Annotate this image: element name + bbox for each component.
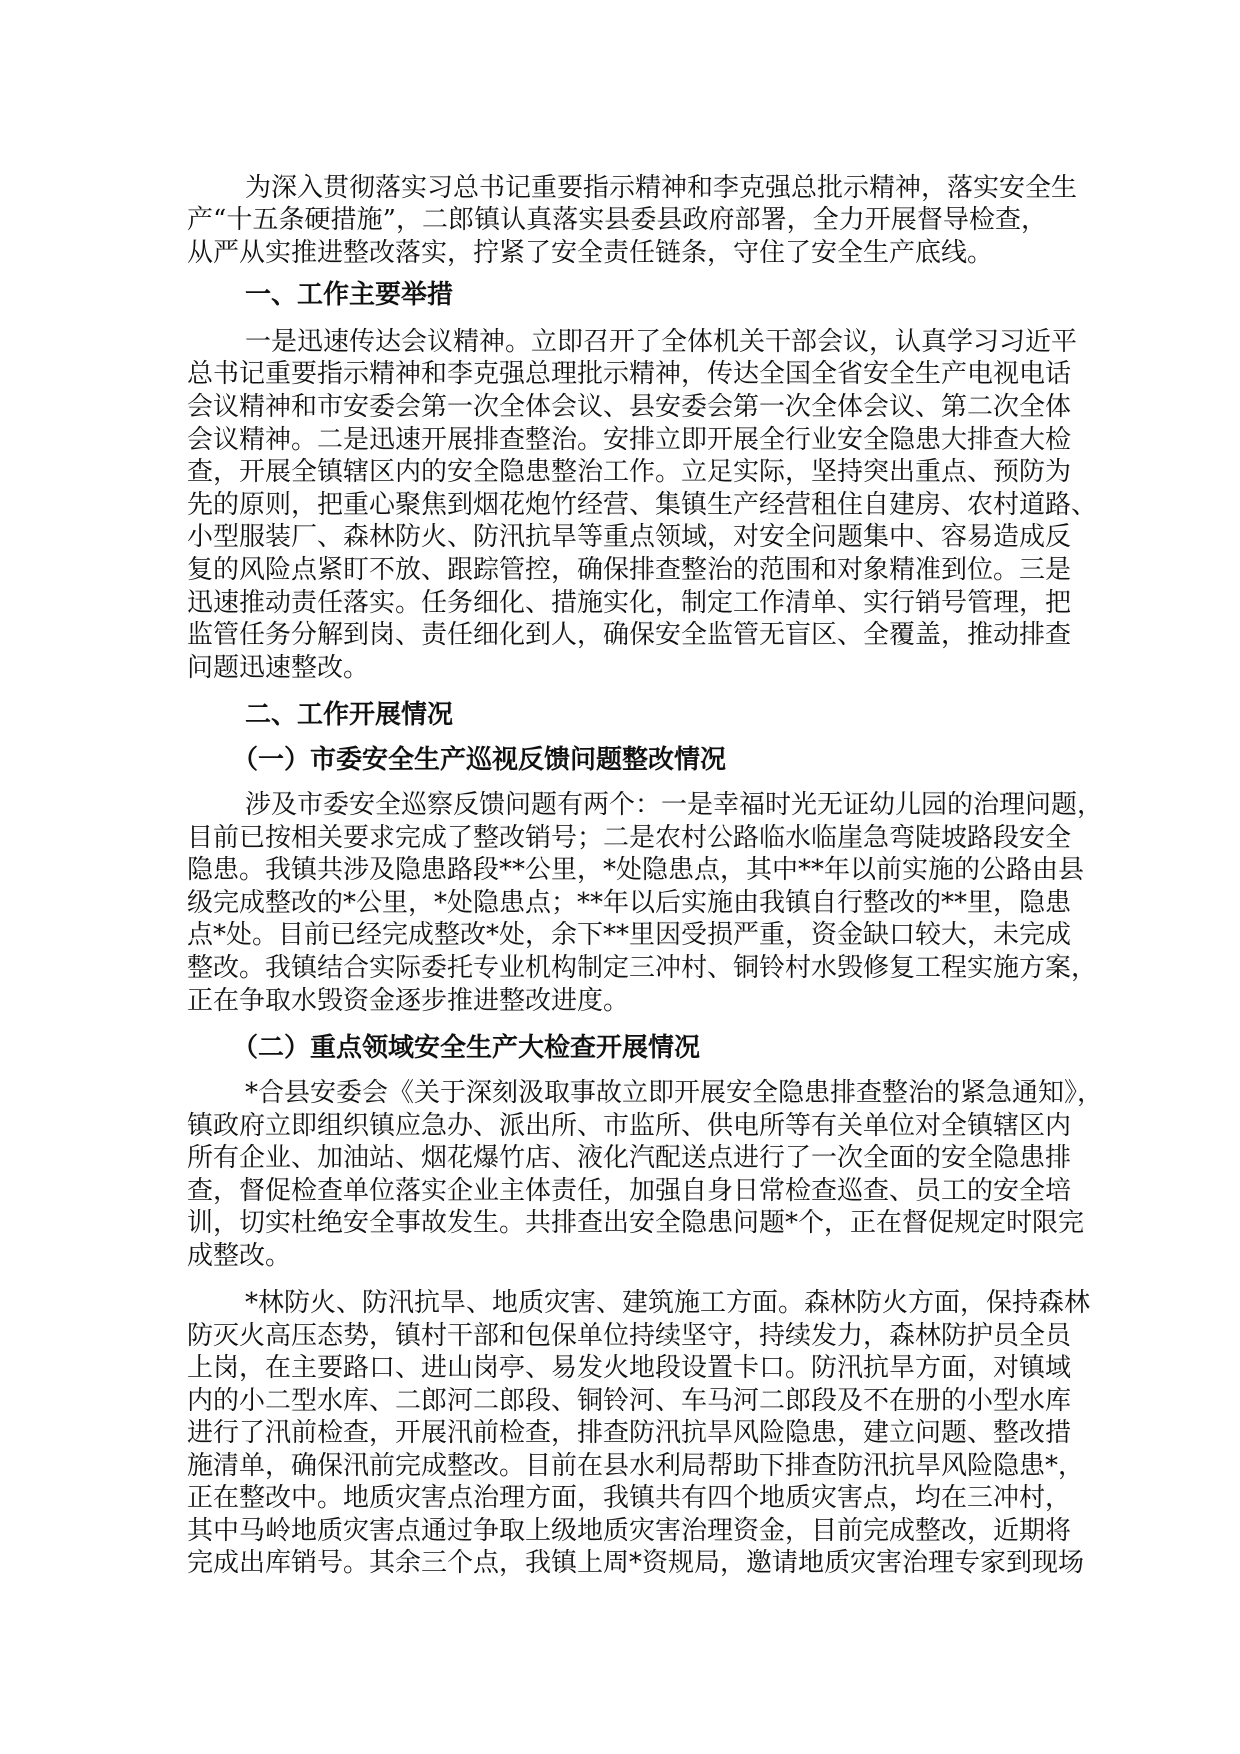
text-line: 目前已按相关要求完成了整改销号；二是农村公路临水临崖急弯陡坡路段安全 [187,822,1047,854]
text-line: 复的风险点紧盯不放、跟踪管控，确保排查整治的范围和对象精准到位。三是 [187,554,1047,586]
text-line: 为深入贯彻落实习总书记重要指示精神和李克强总批示精神，落实安全生 [245,172,1047,204]
text-line: *合县安委会《关于深刻汲取事故立即开展安全隐患排查整治的紧急通知》， [245,1077,1047,1109]
text-line: 会议精神。二是迅速开展排查整治。安排立即开展全行业安全隐患大排查大检 [187,424,1047,456]
text-line: 会议精神和市安委会第一次全体会议、县安委会第一次全体会议、第二次全体 [187,391,1047,423]
text-line: 镇政府立即组织镇应急办、派出所、市监所、供电所等有关单位对全镇辖区内 [187,1110,1047,1142]
text-line: 查，督促检查单位落实企业主体责任，加强自身日常检查巡查、员工的安全培 [187,1175,1047,1207]
text-line: 监管任务分解到岗、责任细化到人，确保安全监管无盲区、全覆盖，推动排查 [187,619,1047,651]
text-line: 查，开展全镇辖区内的安全隐患整治工作。立足实际，坚持突出重点、预防为 [187,456,1047,488]
text-line: 总书记重要指示精神和李克强总理批示精神，传达全国全省安全生产电视电话 [187,358,1047,390]
text-line: 完成出库销号。其余三个点，我镇上周*资规局，邀请地质灾害治理专家到现场 [187,1547,1047,1579]
text-line: 其中马岭地质灾害点通过争取上级地质灾害治理资金，目前完成整改，近期将 [187,1515,1047,1547]
text-line: 一是迅速传达会议精神。立即召开了全体机关干部会议，认真学习习近平 [245,326,1047,358]
text-line: 涉及市委安全巡察反馈问题有两个：一是幸福时光无证幼儿园的治理问题， [245,789,1047,821]
text-line: 防灭火高压态势，镇村干部和包保单位持续坚守，持续发力，森林防护员全员 [187,1320,1047,1352]
text-line: 先的原则，把重心聚焦到烟花炮竹经营、集镇生产经营租住自建房、农村道路、 [187,489,1047,521]
text-line: 正在整改中。地质灾害点治理方面，我镇共有四个地质灾害点，均在三冲村， [187,1482,1047,1514]
text-line: 问题迅速整改。 [187,652,1047,684]
text-line: 正在争取水毁资金逐步推进整改进度。 [187,985,1047,1017]
text-line: 成整改。 [187,1240,1047,1272]
text-line: 级完成整改的*公里，*处隐患点；**年以后实施由我镇自行整改的**里，隐患 [187,887,1047,919]
text-line: 从严从实推进整改落实，拧紧了安全责任链条，守住了安全生产底线。 [187,237,1047,269]
text-line: 内的小二型水库、二郎河二郎段、铜铃河、车马河二郎段及不在册的小型水库 [187,1385,1047,1417]
text-line: 隐患。我镇共涉及隐患路段**公里，*处隐患点，其中**年以前实施的公路由县 [187,854,1047,886]
text-line: 训，切实杜绝安全事故发生。共排查出安全隐患问题*个，正在督促规定时限完 [187,1207,1047,1239]
text-line: 上岗，在主要路口、进山岗亭、易发火地段设置卡口。防汛抗旱方面，对镇域 [187,1352,1047,1384]
text-line: 点*处。目前已经完成整改*处，余下**里因受损严重，资金缺口较大，未完成 [187,919,1047,951]
document-page: 为深入贯彻落实习总书记重要指示精神和李克强总批示精神，落实安全生 产“十五条硬措… [0,0,1240,1754]
text-line: 产“十五条硬措施”，二郎镇认真落实县委县政府部署，全力开展督导检查， [187,204,1047,236]
text-line: 所有企业、加油站、烟花爆竹店、液化汽配送点进行了一次全面的安全隐患排 [187,1142,1047,1174]
text-line: *林防火、防汛抗旱、地质灾害、建筑施工方面。森林防火方面，保持森林 [245,1287,1047,1319]
text-line: 迅速推动责任落实。任务细化、措施实化，制定工作清单、实行销号管理，把 [187,587,1047,619]
subsection-heading-1: （一）市委安全生产巡视反馈问题整改情况 [232,743,726,777]
section-heading-2: 二、工作开展情况 [245,698,453,732]
subsection-heading-2: （二）重点领域安全生产大检查开展情况 [232,1031,700,1065]
text-line: 整改。我镇结合实际委托专业机构制定三冲村、铜铃村水毁修复工程实施方案， [187,952,1047,984]
text-line: 进行了汛前检查，开展汛前检查，排查防汛抗旱风险隐患，建立问题、整改措 [187,1417,1047,1449]
text-line: 施清单，确保汛前完成整改。目前在县水利局帮助下排查防汛抗旱风险隐患*， [187,1450,1047,1482]
section-heading-1: 一、工作主要举措 [245,278,453,312]
text-line: 小型服装厂、森林防火、防汛抗旱等重点领域，对安全问题集中、容易造成反 [187,521,1047,553]
